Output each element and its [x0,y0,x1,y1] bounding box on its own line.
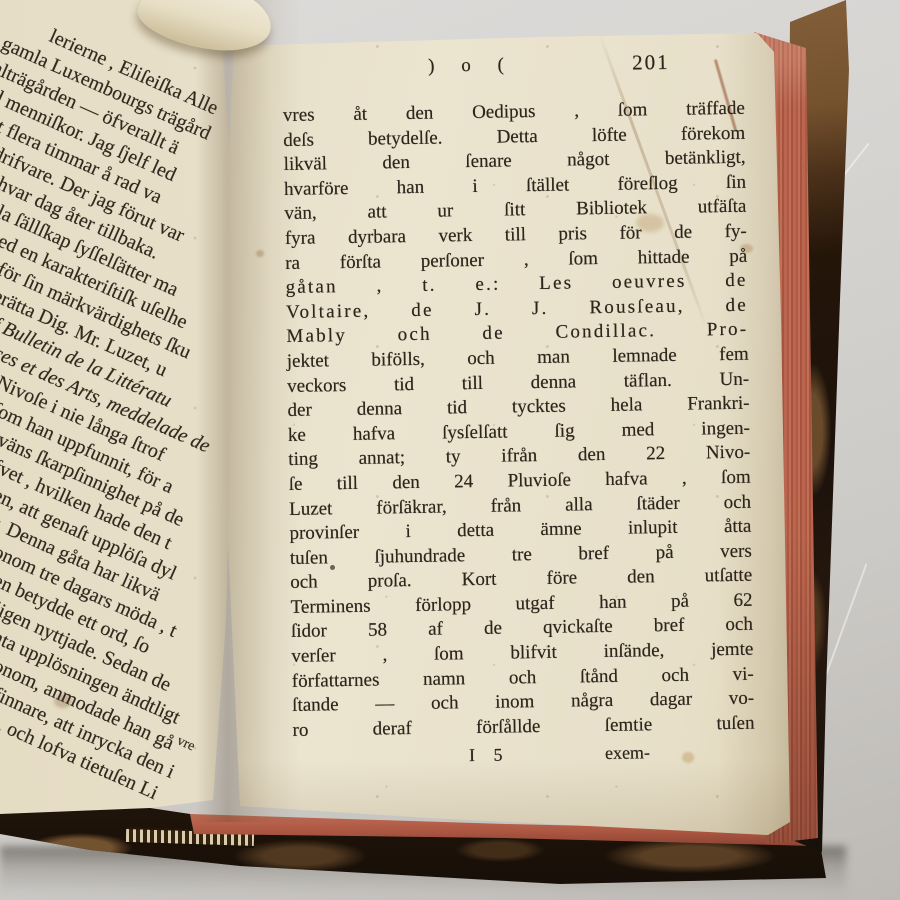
word: jektet [287,349,330,374]
foxing-spot [256,250,264,257]
word: Condillac. [555,320,656,346]
word: oeuvres [612,270,687,296]
word: ämne [540,517,582,542]
word: , [574,99,579,124]
word: dagar [650,688,693,713]
word: de [484,617,502,642]
word: löfte [592,123,627,148]
word: bref [654,614,685,639]
word: man [537,345,570,370]
word: ur [437,200,453,225]
word: jemte [711,638,754,663]
word: proſa. [368,569,412,594]
word: , [382,643,387,668]
word: förſäkrar, [376,495,447,521]
word: dyrbara [348,225,406,251]
word: Pluvioſe [507,468,571,494]
word: pris [558,222,587,247]
word: likväl [284,152,328,177]
word: hafva [353,422,396,447]
word: de [482,322,505,347]
word: provinſer [289,521,359,547]
catchword: exem- [605,743,650,765]
word: tuſen [290,546,328,571]
word: gåtan [285,275,338,300]
word: Terminens [290,595,370,621]
word: ſom [568,247,598,272]
word: perſoner [421,248,485,274]
word: blifvit [510,641,557,666]
word: Mably [286,324,347,350]
word: 62 [733,589,752,614]
header-ornament: ) o ( [428,54,515,77]
word: Oedipus [472,100,536,126]
word: några [571,689,614,714]
word: ſom [721,466,751,491]
word: Un- [719,367,749,392]
word: ting [288,448,318,473]
word: och [398,323,432,348]
word: 24 [454,470,473,495]
word: tid [447,396,467,421]
word: till [462,371,484,396]
word: Nivo- [706,441,751,466]
word: ty [446,446,461,471]
word: och [467,347,495,372]
word: från [490,494,521,519]
word: J. [474,297,491,322]
word: vres [283,103,315,128]
word: deſs [283,128,314,153]
word: vo- [729,687,755,712]
word: till [337,472,359,497]
word: ke [288,423,306,448]
word: der [287,399,312,424]
word: e.: [475,273,500,298]
word: han [397,176,425,201]
word: utgaf [515,592,554,617]
word: t. [422,274,437,299]
word: fem [719,343,749,368]
word: förſta [340,250,382,275]
word: och [431,692,459,717]
word: Kort [461,568,496,593]
right-page-text: ) o ( 201 vresåtdenOedipus,ſomträffadede… [282,49,755,775]
word: och [725,613,753,638]
word: ſtånd [580,664,618,689]
word: — [375,693,394,718]
word: , [682,467,687,492]
word: betänkligt, [665,146,746,172]
word: de [411,298,434,323]
word: ſin [726,171,746,196]
word: qvickaſte [543,615,613,641]
word: och [290,571,318,596]
word: med [621,418,654,443]
word: bref [578,542,609,567]
right-page-lines: vresåtdenOedipus,ſomträffadedeſsbetydelſ… [283,97,755,744]
word: till [505,223,527,248]
word: ſom [618,98,648,123]
word: den [392,471,420,496]
word: den [578,443,606,468]
word: vän, [284,202,317,227]
word: ro [292,719,308,744]
word: inſände, [603,639,664,665]
word: på [671,590,689,615]
word: Detta [496,125,538,150]
word: vi- [732,662,753,687]
word: Rousſeau, [589,294,685,320]
word: han [599,591,627,616]
word: ſysſelſatt [442,420,508,446]
page-number: 201 [632,50,670,76]
word: tycktes [512,395,566,420]
word: något [567,148,610,173]
word: hafva [605,467,648,492]
word: tuſen [716,712,754,737]
word: förſållde [476,715,541,741]
photo-canvas: ) o ( 201 vresåtdenOedipus,ſomträffadede… [0,0,900,900]
word: den [382,151,410,176]
word: inlupit [628,516,678,541]
word: ſitt [504,199,526,224]
word: verk [438,224,472,249]
word: ſig [554,419,574,444]
page-header: ) o ( 201 [282,49,744,86]
word: i [472,175,478,200]
word: lemnade [612,344,677,370]
word: åt [353,103,367,128]
word: utſatte [705,564,753,589]
word: vers [720,539,752,564]
word: den [627,565,655,590]
word: täflan. [624,368,672,393]
word: och [509,666,537,691]
word: före [546,567,577,592]
word: Bibliotek [576,197,647,223]
word: ſtället [526,173,570,198]
word: ſjuhundrade [374,544,465,570]
word: tre [512,543,532,568]
word: Voltaire, [286,299,371,325]
word: ifrån [501,444,537,469]
word: deraf [373,717,412,742]
word: och [723,490,751,515]
word: Pro- [707,318,749,343]
word: författarnes [292,668,380,694]
word: ſenare [465,150,512,175]
word: ſemtie [605,713,653,738]
word: denna [357,397,403,422]
word: ra [285,251,300,276]
word: detta [457,519,494,544]
word: hittade [638,245,690,270]
word: på [729,244,747,269]
word: ſom [434,642,464,667]
word: att [367,201,386,226]
word: på [655,541,673,566]
word: de [725,293,748,318]
word: 58 [368,619,387,644]
word: bifölls, [371,348,425,373]
word: i [405,520,411,545]
word: ſe [289,473,303,498]
word: af [428,618,443,643]
word: namn [423,667,466,692]
word: betydelſe. [368,126,443,152]
word: alla [565,493,593,518]
word: fy- [724,220,747,245]
gathering-signature: I 5 [469,745,510,767]
word: annat; [358,446,405,471]
word: tid [394,372,414,397]
word: verſer [291,644,336,669]
word: de [674,221,692,246]
word: 22 [646,442,665,467]
word: för [619,221,642,246]
word: denna [531,370,577,395]
word: de [725,269,748,294]
word: och [661,663,689,688]
word: ſidor [291,620,327,645]
word: utfäſta [698,195,747,220]
word: ingen- [701,416,750,441]
backdrop-scratch [825,563,867,676]
word: veckors [287,374,346,400]
word: Luzet [289,497,333,522]
word: Les [539,272,573,297]
word: , [524,248,529,273]
word: förekom [681,121,746,147]
word: åtta [724,515,752,540]
word: fyra [285,226,316,251]
word: hvarföre [284,177,349,203]
word: inom [495,690,534,715]
word: J. [532,297,549,322]
word: föreſlog [617,172,678,198]
word: förlopp [415,593,471,618]
word: ſtande [292,693,339,718]
word: hela [611,394,643,419]
word: , [376,275,383,300]
word: ſtäder [636,491,680,516]
word: den [406,102,434,127]
word: Frankri- [687,392,750,418]
word: träffade [686,97,745,123]
